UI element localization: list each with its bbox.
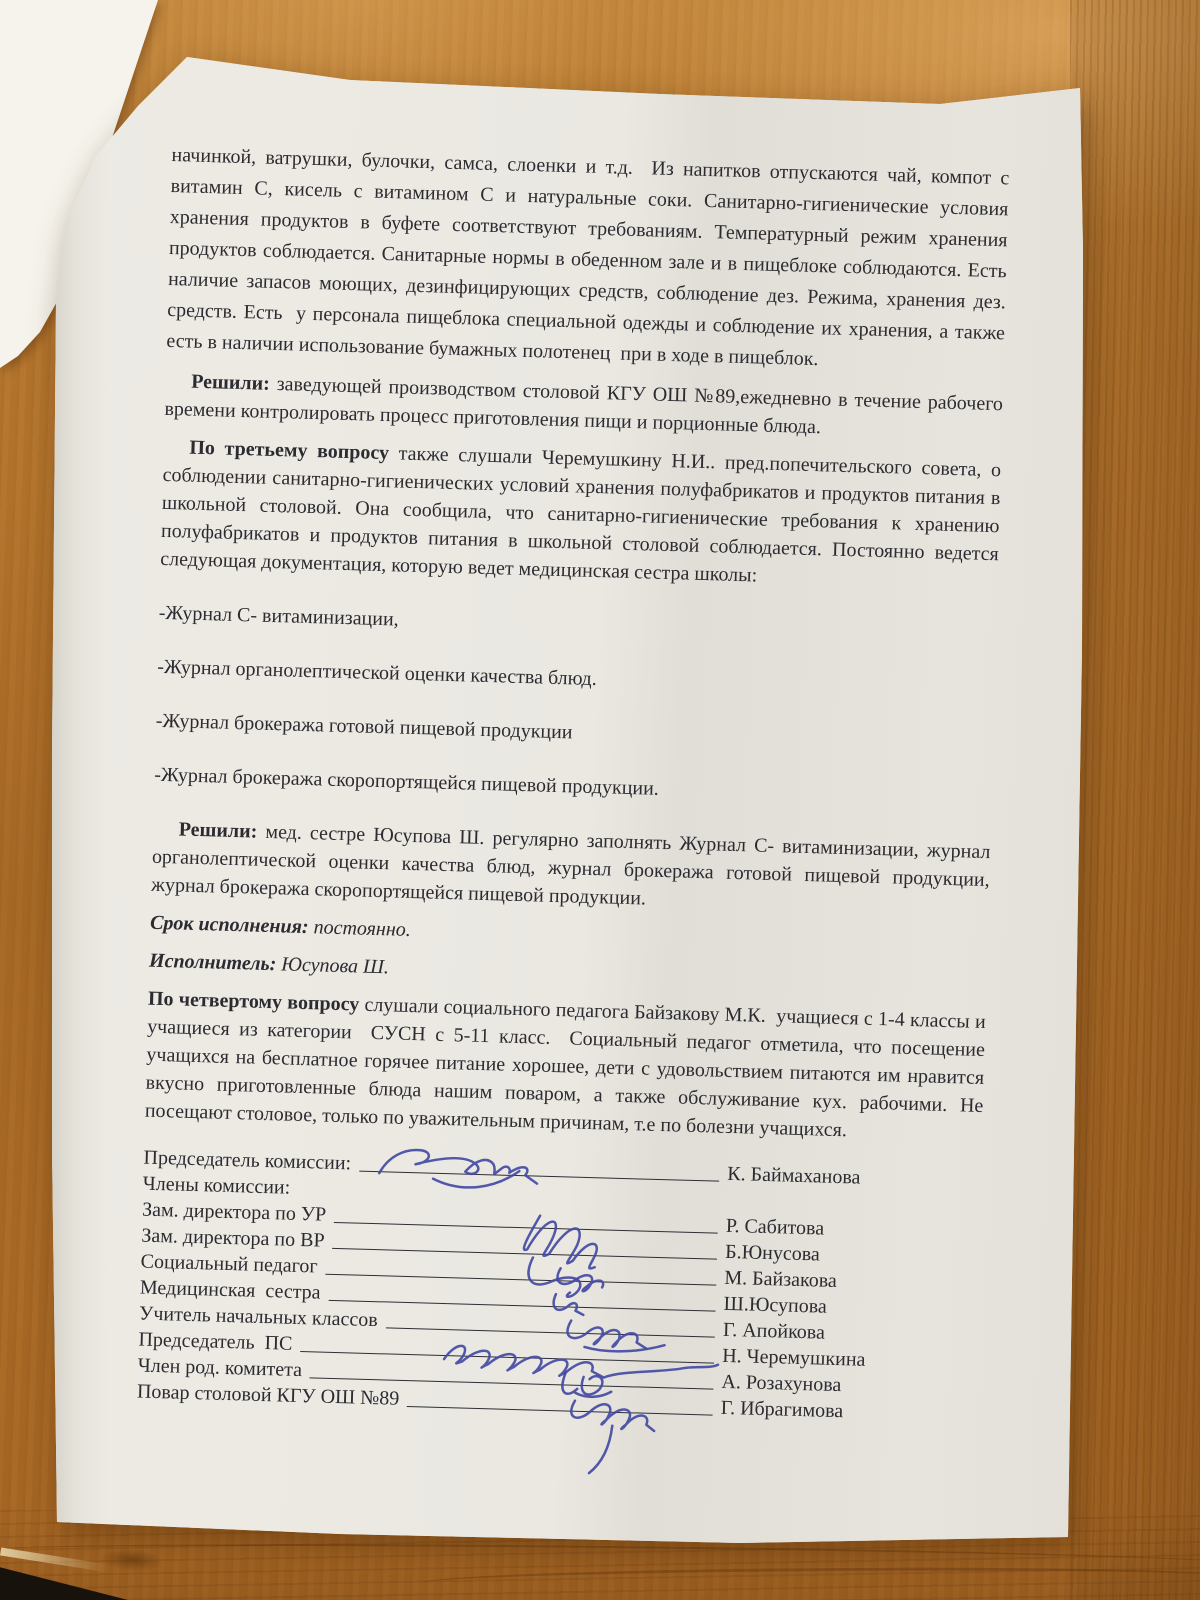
resolution-2-text: заведующей производством столовой КГУ ОШ… bbox=[164, 373, 1008, 438]
executor-value: Юсупова Ш. bbox=[276, 953, 389, 978]
deadline-value: постоянно. bbox=[308, 916, 411, 941]
journal-item-4-text: -Журнал брокеража скоропортящейся пищево… bbox=[154, 764, 659, 800]
paragraph-resolution-3: Решили: мед. сестре Юсупова Ш. регулярно… bbox=[151, 815, 991, 922]
journal-item-2-text: -Журнал органолептической оценки качеств… bbox=[157, 656, 597, 690]
signature-block: Председатель комиссии: К. Баймаханова Чл… bbox=[137, 1145, 924, 1427]
paragraph-question-3: По третьему вопросу также слушали Черему… bbox=[160, 433, 1002, 596]
paragraph-question-4: По четвертому вопросу слушали социальног… bbox=[144, 985, 986, 1148]
journal-item-2: -Журнал органолептической оценки качеств… bbox=[157, 653, 995, 704]
signature-row-name: К. Баймаханова bbox=[727, 1161, 924, 1192]
journal-item-3: -Журнал брокеража готовой пищевой продук… bbox=[155, 707, 993, 758]
paragraph-continuation: начинкой, ватрушки, булочки, самса, слое… bbox=[166, 140, 1010, 380]
paragraph-resolution-2: Решили: заведующей производством столово… bbox=[164, 367, 1003, 446]
journal-item-1: -Журнал С- витаминизации, bbox=[158, 599, 996, 650]
resolution-2-label: Решили: bbox=[191, 371, 270, 395]
question-4-label: По четвертому вопросу bbox=[148, 988, 360, 1016]
question-4-text: слушали социального педагога Байзакову М… bbox=[145, 994, 991, 1142]
journal-item-1-text: -Журнал С- витаминизации, bbox=[158, 602, 399, 631]
executor-label: Исполнитель: bbox=[149, 950, 277, 976]
paragraph-continuation-text: начинкой, ватрушки, булочки, самса, слое… bbox=[166, 144, 1014, 370]
question-3-text: также слушали Черемушкину Н.И.. пред.поп… bbox=[160, 442, 1006, 586]
photo-of-document: начинкой, ватрушки, булочки, самса, слое… bbox=[0, 0, 1200, 1600]
journal-item-4: -Журнал брокеража скоропортящейся пищево… bbox=[154, 761, 992, 812]
journal-item-3-text: -Журнал брокеража готовой пищевой продук… bbox=[155, 710, 572, 744]
resolution-3-label: Решили: bbox=[178, 818, 257, 842]
signature-row-name: Г. Ибрагимова bbox=[720, 1395, 917, 1426]
question-3-label: По третьему вопросу bbox=[189, 437, 389, 465]
signature-row-label: Члены комиссии: bbox=[142, 1171, 290, 1201]
document-content: начинкой, ватрушки, булочки, самса, слое… bbox=[137, 140, 1010, 1428]
resolution-3-text: мед. сестре Юсупова Ш. регулярно заполня… bbox=[151, 821, 996, 910]
deadline-label: Срок исполнения: bbox=[150, 912, 309, 938]
